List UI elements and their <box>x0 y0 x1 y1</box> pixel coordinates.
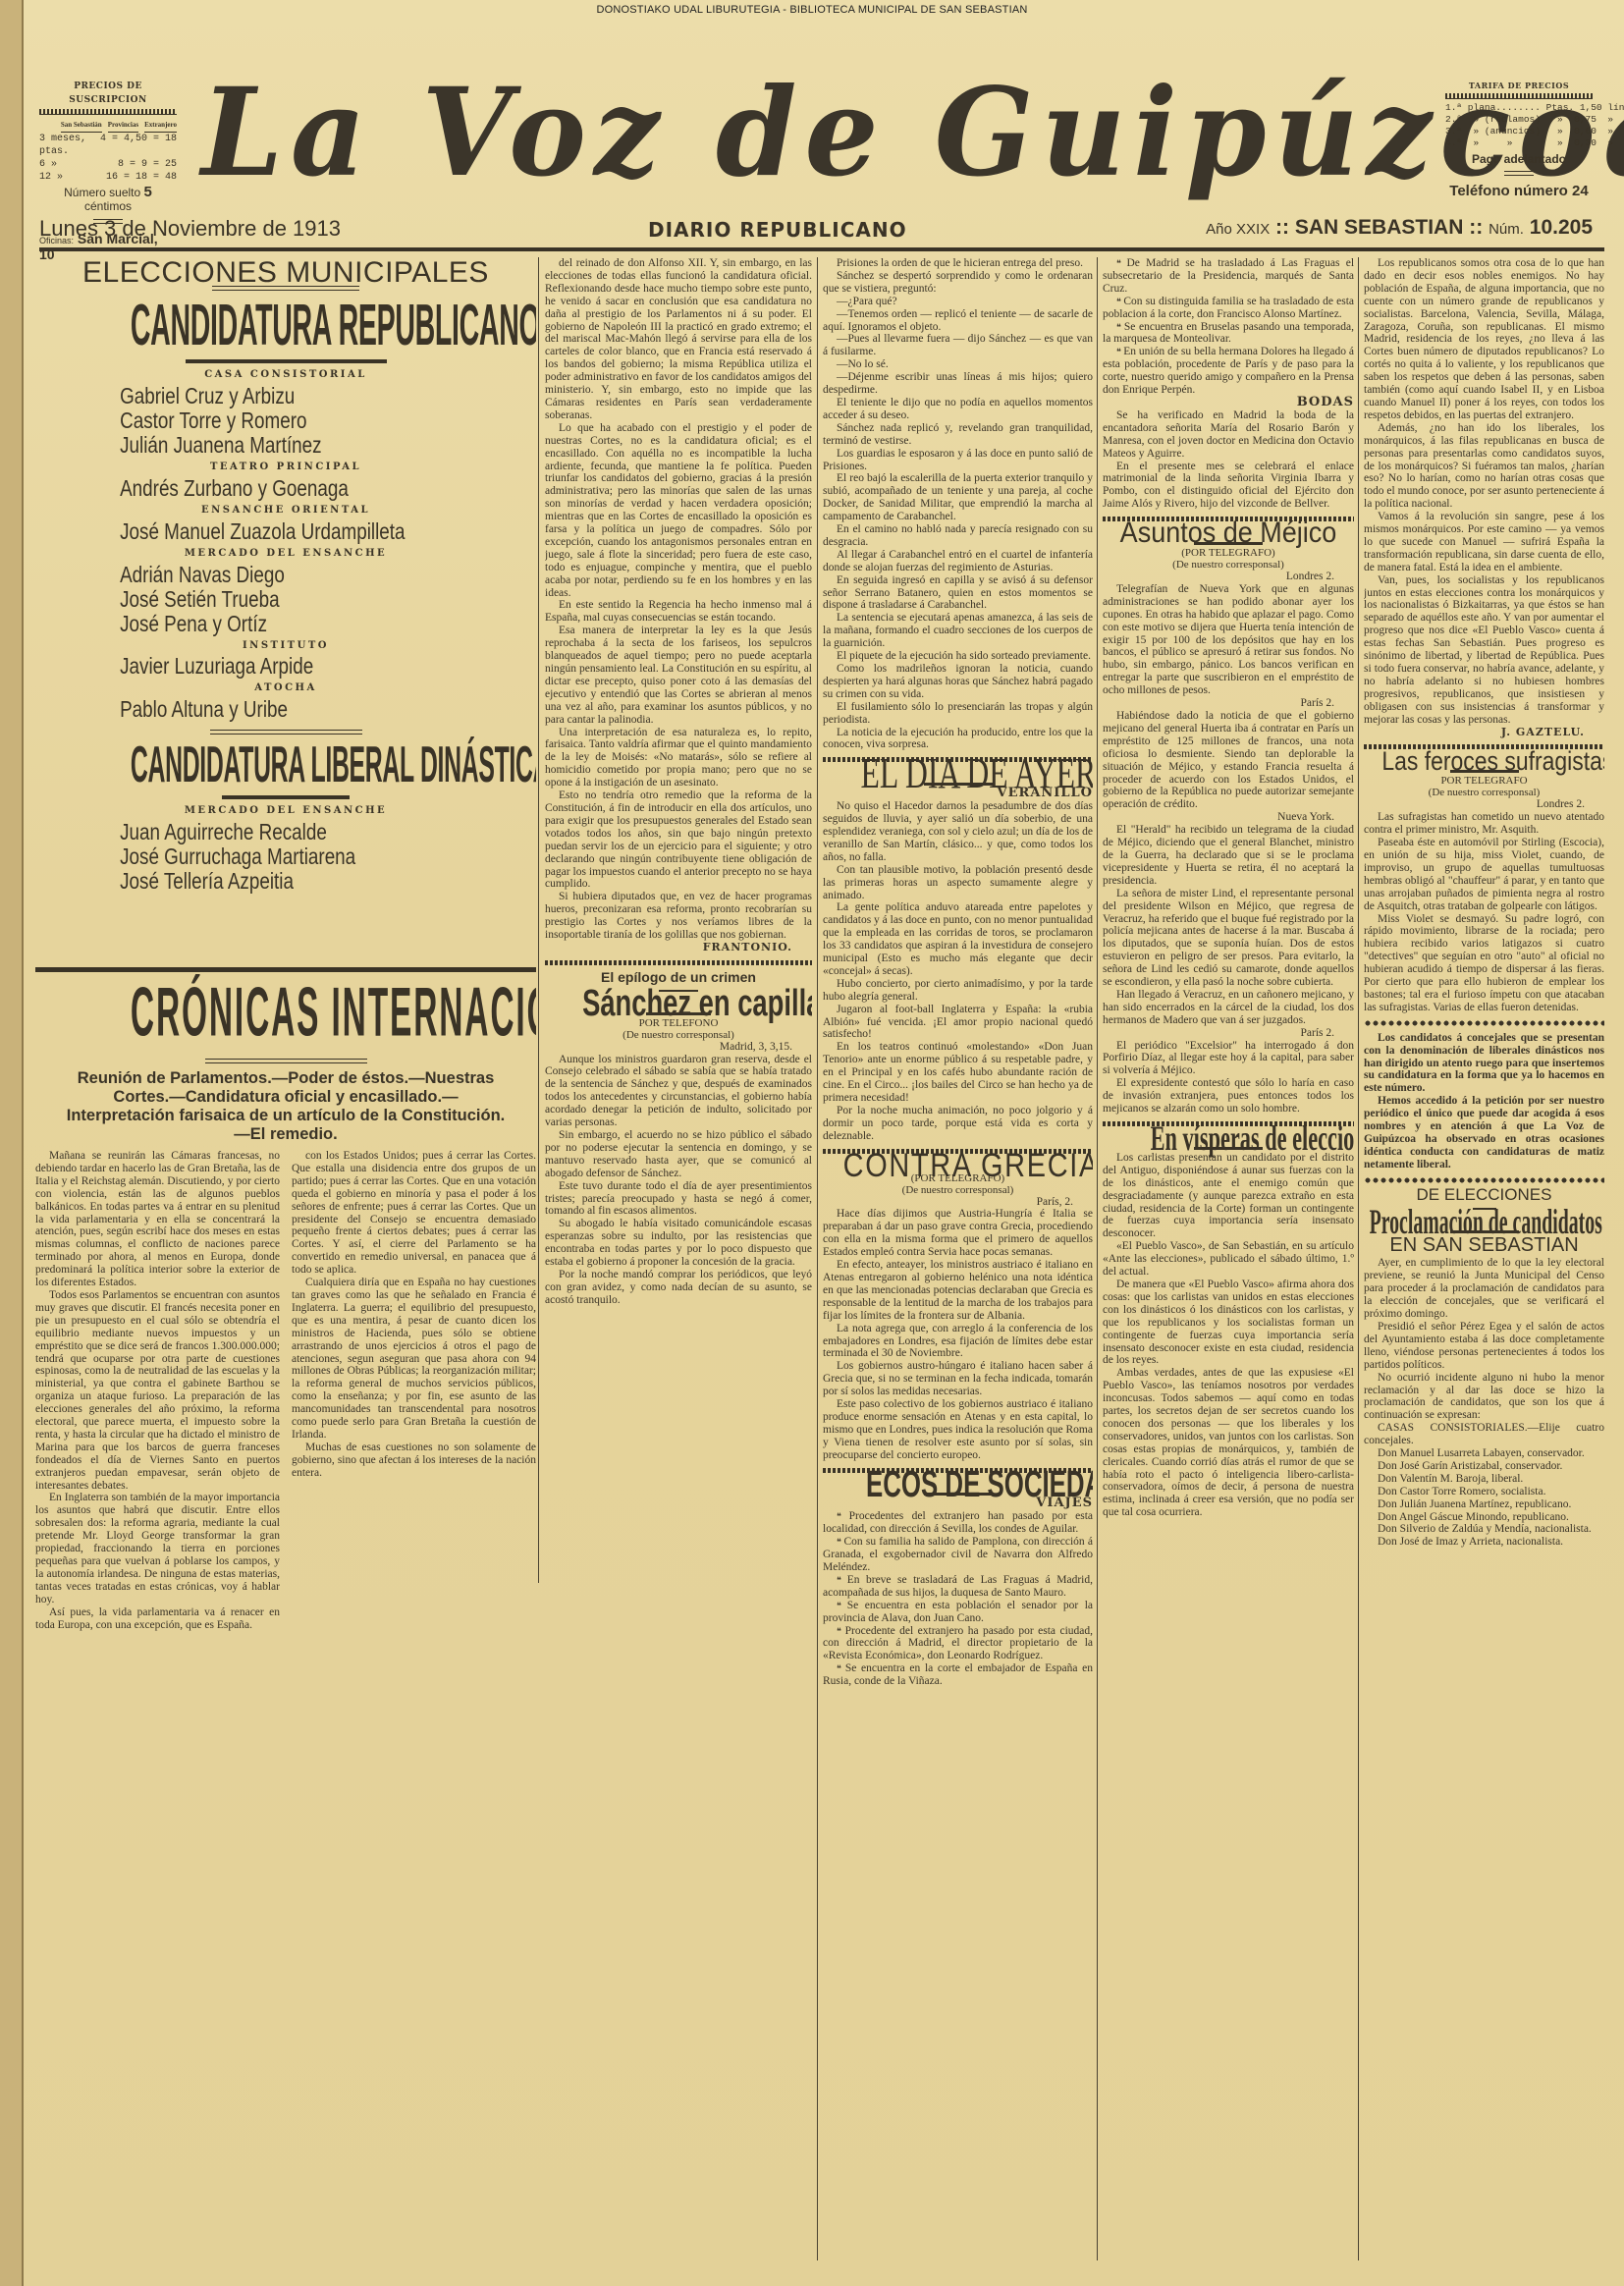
sufragistas-via: POR TELEGRAFO <box>1364 775 1604 787</box>
subscription-period: 12 » <box>39 171 106 184</box>
candidate-name: José Pena y Ortíz <box>35 612 446 636</box>
district-name: TEATRO PRINCIPAL <box>35 462 536 474</box>
column-6: Los republicanos somos otra cosa de lo q… <box>1364 257 1604 1549</box>
cronicas-col-2: con los Estados Unidos; pues á cerrar la… <box>292 1150 536 1631</box>
tariff-row: 2.ª » (reclamos) » 0,75 » <box>1445 114 1593 126</box>
tariff-rows: 1.ª plana........ Ptas. 1,50 línea2.ª » … <box>1445 102 1593 149</box>
contra-grecia-title: CONTRA GRECIA <box>843 1160 1073 1172</box>
paragraph: Sánchez se despertó sorprendido y como l… <box>823 270 1093 296</box>
phone-number: Teléfono número 24 <box>1445 186 1593 197</box>
sufragistas-dateline: Londres 2. <box>1364 798 1604 811</box>
republican-candidates: CASA CONSISTORIALGabriel Cruz y ArbizuCa… <box>35 369 536 722</box>
mejico-title: Asuntos de Méjico <box>1115 527 1341 540</box>
paragraph: Esa manera de interpretar la ley es la q… <box>545 625 812 726</box>
mejico-body: Telegrafían de Nueva York que en algunas… <box>1103 583 1354 697</box>
subscription-row: 3 meses, ptas.4 = 4,50 = 18 <box>39 133 177 158</box>
paragraph: Los gobiernos austro-húngaro é italiano … <box>823 1360 1093 1398</box>
issue-number-label: Núm. <box>1489 221 1524 238</box>
col-label: Provincias <box>108 118 138 133</box>
sanchez-source: (De nuestro corresponsal) <box>545 1029 812 1041</box>
cronicas-signature: FRANTONIO. <box>545 942 812 954</box>
issue-year: Año XXIX <box>1206 221 1270 238</box>
mejico-dateline: París 2. <box>1103 697 1354 710</box>
sanchez-continued: Prisiones la orden de que le hicieran en… <box>823 257 1093 751</box>
ecos-continued: De Madrid se ha trasladado á Las Fraguas… <box>1103 257 1354 397</box>
column-5: De Madrid se ha trasladado á Las Fraguas… <box>1103 257 1354 1519</box>
column-rule <box>1358 257 1359 2260</box>
republican-candidature-title: CANDIDATURA REPUBLICANO - SOCIALISTA <box>131 289 441 360</box>
elections-section: ELECCIONES MUNICIPALES CANDIDATURA REPUB… <box>35 257 536 894</box>
paragraph: Mañana se reunirán las Cámaras francesas… <box>35 1150 280 1289</box>
paragraph: Don Silverio de Zaldúa y Mendía, naciona… <box>1364 1523 1604 1536</box>
sufragistas-source: (De nuestro corresponsal) <box>1364 787 1604 798</box>
paragraph: Los carlistas presentan un candidato por… <box>1103 1152 1354 1240</box>
paragraph: Don Julián Juanena Martínez, republicano… <box>1364 1498 1604 1511</box>
wavy-divider <box>1445 93 1593 99</box>
candidate-name: Javier Luzuriaga Arpide <box>35 654 446 679</box>
paragraph: —Pues al llevarme fuera — dijo Sánchez —… <box>823 333 1093 358</box>
subscription-period: 3 meses, ptas. <box>39 133 100 158</box>
paragraph: El reo bajó la escalerilla de la puerta … <box>823 472 1093 523</box>
cronicas-subhead: Reunión de Parlamentos.—Poder de éstos.—… <box>35 1069 536 1144</box>
mejico-body: Habiéndose dado la noticia de que el gob… <box>1103 710 1354 811</box>
ecos-body: Procedentes del extranjero han pasado po… <box>823 1510 1093 1688</box>
mejico-dateline: Londres 2. <box>1103 571 1354 583</box>
cronicas-title: CRÓNICAS INTERNACIONALES <box>131 967 441 1060</box>
candidate-name: José Gurruchaga Martiarena <box>35 844 446 869</box>
sufragistas-body: Las sufragistas han cometido un nuevo at… <box>1364 811 1604 1014</box>
subscription-values: 16 = 18 = 48 <box>106 171 177 184</box>
paragraph: —Déjenme escribir unas líneas á mis hijo… <box>823 371 1093 397</box>
paragraph: Van, pues, los socialistas y los republi… <box>1364 574 1604 727</box>
paragraph: Cualquiera diría que en España no hay cu… <box>292 1277 536 1442</box>
paragraph: Don Valentín M. Baroja, liberal. <box>1364 1473 1604 1486</box>
paragraph: Se encuentra en la corte el embajador de… <box>823 1662 1093 1688</box>
district-name: CASA CONSISTORIAL <box>35 369 536 382</box>
sufragistas-title: Las feroces sufragistas <box>1381 755 1586 768</box>
masthead-rule <box>39 247 1604 251</box>
dateline-bar: Lunes 3 de Noviembre de 1913 DIARIO REPU… <box>39 216 1600 245</box>
district-name: ENSANCHE ORIENTAL <box>35 505 536 517</box>
candidate-name: José Manuel Zuazola Urdampilleta <box>35 519 446 544</box>
payment-note: Pago adelantado <box>1445 153 1593 165</box>
subscription-period: 6 » <box>39 158 118 171</box>
paragraph: Hace días dijimos que Austria-Hungría é … <box>823 1208 1093 1259</box>
district-name: MERCADO DEL ENSANCHE <box>35 548 536 561</box>
proclamacion-kicker: DE ELECCIONES <box>1364 1189 1604 1202</box>
subscription-row: 6 »8 = 9 = 25 <box>39 158 177 171</box>
paragraph: La noticia de la ejecución ha producido,… <box>823 727 1093 752</box>
paragraph: En unión de su bella hermana Dolores ha … <box>1103 346 1354 397</box>
paragraph: Habiéndose dado la noticia de que el gob… <box>1103 710 1354 811</box>
paragraph: Los republicanos somos otra cosa de lo q… <box>1364 257 1604 422</box>
paragraph: Han llegado á Veracruz, en un cañonero m… <box>1103 989 1354 1027</box>
paragraph: Vamos á la revolución sin sangre, pese á… <box>1364 511 1604 574</box>
paragraph: El "Herald" ha recibido un telegrama de … <box>1103 824 1354 888</box>
sanchez-title: Sánchez en capilla <box>582 998 775 1010</box>
subscription-columns: San Sebastián Provincias Extranjero <box>39 118 177 133</box>
dia-de-ayer-body: No quiso el Hacedor darnos la pesadumbre… <box>823 800 1093 1142</box>
paragraph: De manera que «El Pueblo Vasco» afirma a… <box>1103 1279 1354 1367</box>
paragraph: Miss Violet se desmayó. Su padre logró, … <box>1364 913 1604 1014</box>
dotted-divider <box>1364 1177 1604 1183</box>
candidate-name: José Setién Trueba <box>35 587 446 612</box>
paragraph: Si hubiera diputados que, en vez de hace… <box>545 891 812 942</box>
paragraph: De Madrid se ha trasladado á Las Fraguas… <box>1103 257 1354 296</box>
paragraph: Como los madrileños ignoran la noticia, … <box>823 663 1093 701</box>
paragraph: Telegrafían de Nueva York que en algunas… <box>1103 583 1354 697</box>
paragraph: En efecto, anteayer, los ministros austr… <box>823 1259 1093 1323</box>
candidate-name: Gabriel Cruz y Arbizu <box>35 384 446 408</box>
paragraph: Esto no tendría otro remedio que la refo… <box>545 789 812 891</box>
paragraph: Presidió el señor Pérez Egea y el salón … <box>1364 1321 1604 1372</box>
paragraph: Por la noche mucha animación, no poco jo… <box>823 1105 1093 1143</box>
paragraph: Aunque los ministros guardaron gran rese… <box>545 1054 812 1129</box>
dia-de-ayer-title: EL DIA DE AYER <box>861 768 1056 781</box>
paragraph: Don José de Imaz y Arrieta, nacionalista… <box>1364 1536 1604 1549</box>
divider <box>1504 171 1534 176</box>
cronicas-section: CRÓNICAS INTERNACIONALES Reunión de Parl… <box>35 967 536 1631</box>
mejico-dateline: Nueva York. <box>1103 811 1354 824</box>
paragraph: —Tenemos orden — replicó el teniente — d… <box>823 308 1093 334</box>
divider <box>186 359 387 363</box>
tariff-row: 3.ª » (anuncios) » 0,60 » <box>1445 126 1593 137</box>
paragraph: Los guardias le esposaron y á las doce e… <box>823 448 1093 473</box>
candidate-name: Pablo Altuna y Uribe <box>35 697 446 722</box>
paragraph: Lo que ha acabado con el prestigio y el … <box>545 422 812 600</box>
paragraph: Con tan plausible motivo, la población p… <box>823 864 1093 902</box>
mejico-source: (De nuestro corresponsal) <box>1103 559 1354 571</box>
paragraph: El periódico "Excelsior" ha interrogado … <box>1103 1040 1354 1078</box>
district-name: MERCADO DEL ENSANCHE <box>35 805 536 818</box>
paragraph: Este tuvo durante todo el día de ayer pr… <box>545 1180 812 1219</box>
candidate-name: Adrián Navas Diego <box>35 563 446 587</box>
paragraph: La gente política anduvo atareada entre … <box>823 901 1093 977</box>
gaztelu-signature: J. GAZTELU. <box>1364 727 1604 739</box>
paragraph: Procedente del extranjero ha pasado por … <box>823 1625 1093 1663</box>
mejico-dateline: París 2. <box>1103 1027 1354 1040</box>
paragraph: Así pues, la vida parlamentaria va á ren… <box>35 1606 280 1632</box>
ecos-title: ECOS DE SOCIEDAD <box>866 1479 1050 1492</box>
page-binding-edge <box>0 0 24 2286</box>
dotted-divider <box>1364 1020 1604 1026</box>
contra-grecia-dateline: París, 2. <box>823 1196 1093 1209</box>
paragraph: No quiso el Hacedor darnos la pesadumbre… <box>823 800 1093 864</box>
cronicas-body: Mañana se reunirán las Cámaras francesas… <box>35 1150 536 1631</box>
mejico-body: El "Herald" ha recibido un telegrama de … <box>1103 824 1354 1027</box>
tariff-row: 4.ª » » » 0,30 » <box>1445 137 1593 149</box>
paragraph: La sentencia se ejecutará apenas amanezc… <box>823 612 1093 650</box>
paragraph: Jugaron al foot-ball Inglaterra y España… <box>823 1004 1093 1042</box>
column-4: Prisiones la orden de que le hicieran en… <box>823 257 1093 1688</box>
paragraph: Una interpretación de esa naturaleza es,… <box>545 727 812 790</box>
paragraph: Hubo concierto, por cierto animadísimo, … <box>823 978 1093 1004</box>
advertising-tariff: TARIFA DE PRECIOS 1.ª plana........ Ptas… <box>1445 80 1593 197</box>
subscription-row: 12 »16 = 18 = 48 <box>39 171 177 184</box>
candidate-name: Juan Aguirreche Recalde <box>35 820 446 844</box>
paragraph: CASAS CONSISTORIALES.—Elije cuatro conce… <box>1364 1422 1604 1447</box>
paragraph: Al llegar á Carabanchel entró en el cuar… <box>823 549 1093 574</box>
column-rule <box>1097 257 1098 2260</box>
paragraph: En este sentido la Regencia ha hecho inm… <box>545 599 812 625</box>
paragraph: Ayer, en cumplimiento de lo que la ley e… <box>1364 1257 1604 1321</box>
cronicas-col-1: Mañana se reunirán las Cámaras francesas… <box>35 1150 280 1631</box>
proclamacion-title: Proclamación de candidatos <box>1370 1216 1599 1228</box>
paragraph: Todos esos Parlamentos se encuentran con… <box>35 1289 280 1493</box>
column-rule <box>817 257 818 2260</box>
paragraph: Los candidatos á concejales que se prese… <box>1364 1032 1604 1096</box>
subscription-values: 8 = 9 = 25 <box>118 158 177 171</box>
paragraph: En seguida ingresó en capilla y se avisó… <box>823 574 1093 613</box>
contra-grecia-body: Hace días dijimos que Austria-Hungría é … <box>823 1208 1093 1461</box>
paragraph: En el presente mes se celebrará el enlac… <box>1103 461 1354 512</box>
paragraph: Don José Garín Aristizabal, conservador. <box>1364 1460 1604 1473</box>
paragraph: La nota agrega que, con arreglo á la con… <box>823 1323 1093 1361</box>
paragraph: Hemos accedido á la petición por ser nue… <box>1364 1095 1604 1170</box>
liberal-candidature-title: CANDIDATURA LIBERAL DINÁSTICA <box>131 734 441 797</box>
gaztelu-body: Los republicanos somos otra cosa de lo q… <box>1364 257 1604 727</box>
cronicas-continued: del reinado de don Alfonso XII. Y, sin e… <box>545 257 812 942</box>
paragraph: «El Pueblo Vasco», de San Sebastián, en … <box>1103 1240 1354 1279</box>
single-issue-unit: céntimos <box>84 199 132 213</box>
district-name: INSTITUTO <box>35 640 536 653</box>
column-3: del reinado de don Alfonso XII. Y, sin e… <box>545 257 812 1307</box>
proclamacion-body: Ayer, en cumplimiento de lo que la ley e… <box>1364 1257 1604 1549</box>
paragraph: El expresidente contestó que sólo lo har… <box>1103 1077 1354 1116</box>
paragraph: Don Castor Torre Romero, socialista. <box>1364 1486 1604 1498</box>
paragraph: La señora de mister Lind, el representan… <box>1103 888 1354 989</box>
paragraph: En el camino no habló nada y parecía res… <box>823 523 1093 549</box>
paragraph: —¿Para qué? <box>823 296 1093 308</box>
paragraph: Se ha verificado en Madrid la boda de la… <box>1103 409 1354 461</box>
visperas-title: En vísperas de elecciones <box>1151 1132 1307 1145</box>
paragraph: Su abogado le había visitado comunicándo… <box>545 1218 812 1269</box>
paragraph: El piquete de la ejecución ha sido sorte… <box>823 650 1093 663</box>
paragraph: El fusilamiento sólo lo presenciarán las… <box>823 701 1093 727</box>
paragraph: En los teatros continuó «molestando» «Do… <box>823 1041 1093 1105</box>
liberal-candidates: MERCADO DEL ENSANCHEJuan Aguirreche Reca… <box>35 805 536 894</box>
newspaper-title: La Voz de Guipúzcoa <box>201 61 1624 204</box>
single-issue-label: Número suelto <box>64 186 140 199</box>
paragraph: Se encuentra en Bruselas pasando una tem… <box>1103 321 1354 347</box>
newspaper-subtitle: DIARIO REPUBLICANO <box>648 218 907 242</box>
paragraph: Además, ¿no han ido los liberales, los m… <box>1364 422 1604 511</box>
paragraph: Se encuentra en esta población el senado… <box>823 1600 1093 1625</box>
elections-heading: ELECCIONES MUNICIPALES <box>35 267 536 280</box>
paragraph: El teniente le dijo que no podía en aque… <box>823 397 1093 422</box>
col-label: San Sebastián <box>61 118 102 133</box>
paragraph: Las sufragistas han cometido un nuevo at… <box>1364 811 1604 837</box>
candidate-name: Julián Juanena Martínez <box>35 433 446 458</box>
paragraph: Por la noche mandó comprar los periódico… <box>545 1269 812 1307</box>
issue-date: Lunes 3 de Noviembre de 1913 <box>39 216 341 242</box>
mejico-body: El periódico "Excelsior" ha interrogado … <box>1103 1040 1354 1116</box>
sanchez-body: Aunque los ministros guardaron gran rese… <box>545 1054 812 1307</box>
issue-number: 10.205 <box>1530 216 1593 239</box>
sanchez-dateline: Madrid, 3, 3,15. <box>545 1041 812 1054</box>
issue-city: SAN SEBASTIAN <box>1295 216 1464 239</box>
paragraph: Con su distinguida familia se ha traslad… <box>1103 296 1354 321</box>
newspaper-page: DONOSTIAKO UDAL LIBURUTEGIA - BIBLIOTECA… <box>0 0 1624 2286</box>
paragraph: Prisiones la orden de que le hicieran en… <box>823 257 1093 270</box>
paragraph: No ocurrió incidente alguno ni hubo la m… <box>1364 1372 1604 1423</box>
masthead: PRECIOS DE SUSCRIPCION San Sebastián Pro… <box>39 74 1600 236</box>
paragraph: En Inglaterra son también de la mayor im… <box>35 1492 280 1606</box>
district-name: ATOCHA <box>35 682 536 695</box>
paragraph: del reinado de don Alfonso XII. Y, sin e… <box>545 257 812 422</box>
paragraph: Procedentes del extranjero han pasado po… <box>823 1510 1093 1536</box>
paragraph: Este paso colectivo de los gobiernos aus… <box>823 1398 1093 1462</box>
wavy-divider <box>39 109 177 115</box>
paragraph: Sin embargo, el acuerdo no se hizo públi… <box>545 1129 812 1180</box>
tariff-row: 1.ª plana........ Ptas. 1,50 línea <box>1445 102 1593 114</box>
paragraph: con los Estados Unidos; pues á cerrar la… <box>292 1150 536 1277</box>
single-issue-value: 5 <box>144 184 152 200</box>
paragraph: Don Manuel Lusarreta Labayen, conservado… <box>1364 1447 1604 1460</box>
aviso-body: Los candidatos á concejales que se prese… <box>1364 1032 1604 1171</box>
tariff-heading: TARIFA DE PRECIOS <box>1445 80 1593 91</box>
subscription-heading: PRECIOS DE SUSCRIPCION <box>39 80 177 107</box>
paragraph: Ambas verdades, antes de que las expusie… <box>1103 1367 1354 1519</box>
paragraph: Con su familia ha salido de Pamplona, co… <box>823 1536 1093 1574</box>
candidate-name: Andrés Zurbano y Goenaga <box>35 476 446 501</box>
paragraph: Don Angel Gáscue Minondo, republicano. <box>1364 1511 1604 1524</box>
issue-info: Año XXIX :: SAN SEBASTIAN :: Núm. 10.205 <box>1206 216 1593 240</box>
paragraph: —No lo sé. <box>823 358 1093 371</box>
candidate-name: José Tellería Azpeitia <box>35 869 446 894</box>
paragraph: Paseaba éste en automóvil por Stirling (… <box>1364 837 1604 912</box>
contra-grecia-source: (De nuestro corresponsal) <box>823 1184 1093 1196</box>
visperas-body: Los carlistas presentan un candidato por… <box>1103 1152 1354 1519</box>
subscription-values: 4 = 4,50 = 18 <box>100 133 177 158</box>
subscription-rows: 3 meses, ptas.4 = 4,50 = 186 »8 = 9 = 25… <box>39 133 177 184</box>
bodas-kicker: BODAS <box>1103 397 1354 409</box>
candidate-name: Castor Torre y Romero <box>35 408 446 433</box>
bodas-body: Se ha verificado en Madrid la boda de la… <box>1103 409 1354 511</box>
wavy-divider <box>545 960 812 965</box>
paragraph: Muchas de esas cuestiones no son solamen… <box>292 1442 536 1480</box>
paragraph: En breve se trasladará de Las Fraguas á … <box>823 1574 1093 1600</box>
archive-banner: DONOSTIAKO UDAL LIBURUTEGIA - BIBLIOTECA… <box>0 4 1624 16</box>
col-label: Extranjero <box>144 118 177 133</box>
single-issue-price: Número suelto 5 céntimos <box>39 186 177 213</box>
column-rule <box>538 257 539 1583</box>
paragraph: Sánchez nada replicó y, revelando gran t… <box>823 422 1093 448</box>
